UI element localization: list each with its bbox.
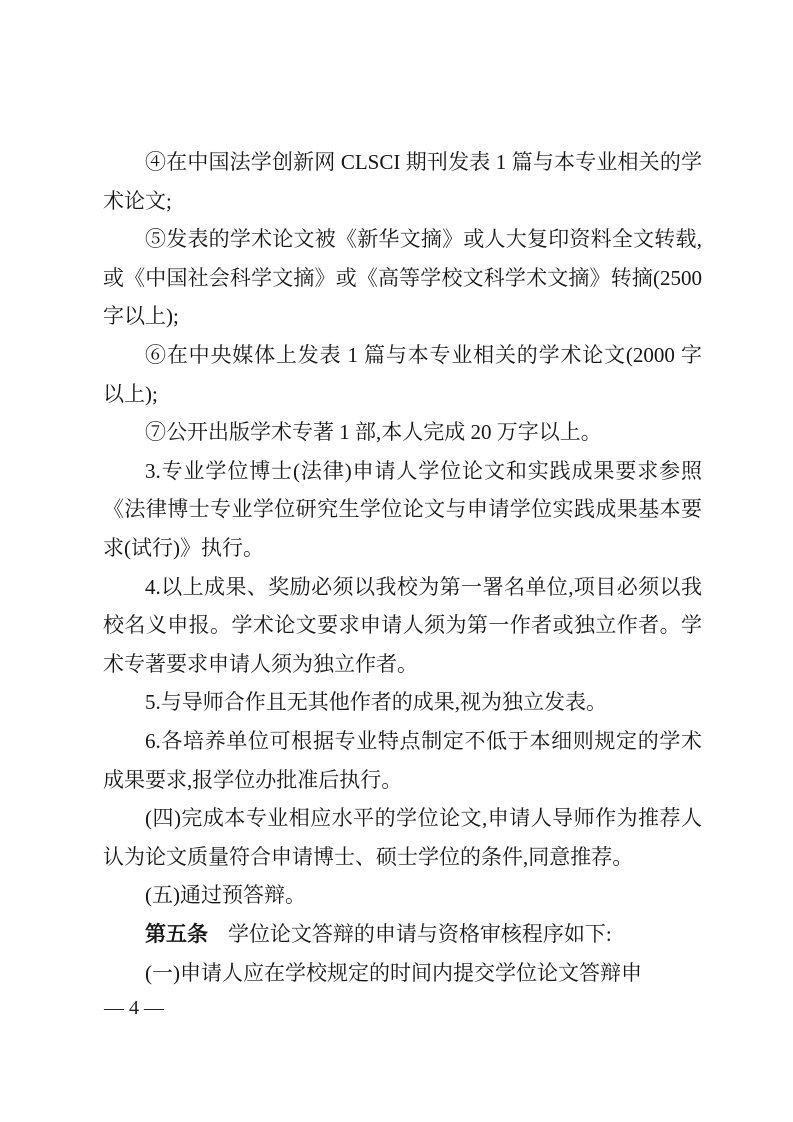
paragraph-text: ④在中国法学创新网 CLSCI 期刊发表 1 篇与本专业相关的学术论文; (103, 150, 702, 213)
paragraph-text: (四)完成本专业相应水平的学位论文,申请人导师作为推荐人认为论文质量符合申请博士… (103, 806, 702, 869)
article-number: 第五条 (145, 923, 208, 946)
body-paragraph: 6.各培养单位可根据专业特点制定不低于本细则规定的学术成果要求,报学位办批准后执… (103, 722, 702, 799)
paragraph-text: (一)申请人应在学校规定的时间内提交学位论文答辩申 (145, 961, 642, 985)
paragraph-text: ⑤发表的学术论文被《新华文摘》或人大复印资料全文转载,或《中国社会科学文摘》或《… (103, 227, 702, 328)
body-paragraph: ⑥在中央媒体上发表 1 篇与本专业相关的学术论文(2000 字以上); (103, 336, 702, 413)
page-footer: — 4 — (104, 997, 164, 1020)
document-body: ④在中国法学创新网 CLSCI 期刊发表 1 篇与本专业相关的学术论文;⑤发表的… (103, 143, 702, 993)
paragraph-text: 学位论文答辩的申请与资格审核程序如下: (228, 922, 612, 946)
paragraph-text: 4.以上成果、奖励必须以我校为第一署名单位,项目必须以我校名义申报。学术论文要求… (103, 575, 702, 676)
body-paragraph: ⑤发表的学术论文被《新华文摘》或人大复印资料全文转载,或《中国社会科学文摘》或《… (103, 220, 702, 336)
paragraph-text: ⑦公开出版学术专著 1 部,本人完成 20 万字以上。 (145, 420, 602, 444)
body-paragraph: (五)通过预答辩。 (103, 876, 702, 915)
article-heading-paragraph: 第五条学位论文答辩的申请与资格审核程序如下: (103, 915, 702, 955)
paragraph-text: (五)通过预答辩。 (145, 883, 306, 907)
body-paragraph: (一)申请人应在学校规定的时间内提交学位论文答辩申 (103, 954, 702, 993)
body-paragraph: ④在中国法学创新网 CLSCI 期刊发表 1 篇与本专业相关的学术论文; (103, 143, 702, 220)
paragraph-text: 6.各培养单位可根据专业特点制定不低于本细则规定的学术成果要求,报学位办批准后执… (103, 729, 702, 792)
paragraph-text: ⑥在中央媒体上发表 1 篇与本专业相关的学术论文(2000 字以上); (103, 343, 702, 406)
paragraph-text: 5.与导师合作且无其他作者的成果,视为独立发表。 (145, 690, 607, 714)
paragraph-text: 3.专业学位博士(法律)申请人学位论文和实践成果要求参照《法律博士专业学位研究生… (103, 459, 702, 560)
document-page: ④在中国法学创新网 CLSCI 期刊发表 1 篇与本专业相关的学术论文;⑤发表的… (0, 0, 793, 1122)
body-paragraph: 5.与导师合作且无其他作者的成果,视为独立发表。 (103, 683, 702, 722)
body-paragraph: 3.专业学位博士(法律)申请人学位论文和实践成果要求参照《法律博士专业学位研究生… (103, 452, 702, 568)
body-paragraph: (四)完成本专业相应水平的学位论文,申请人导师作为推荐人认为论文质量符合申请博士… (103, 799, 702, 876)
body-paragraph: ⑦公开出版学术专著 1 部,本人完成 20 万字以上。 (103, 413, 702, 452)
body-paragraph: 4.以上成果、奖励必须以我校为第一署名单位,项目必须以我校名义申报。学术论文要求… (103, 568, 702, 684)
page-number-label: — 4 — (104, 997, 164, 1019)
